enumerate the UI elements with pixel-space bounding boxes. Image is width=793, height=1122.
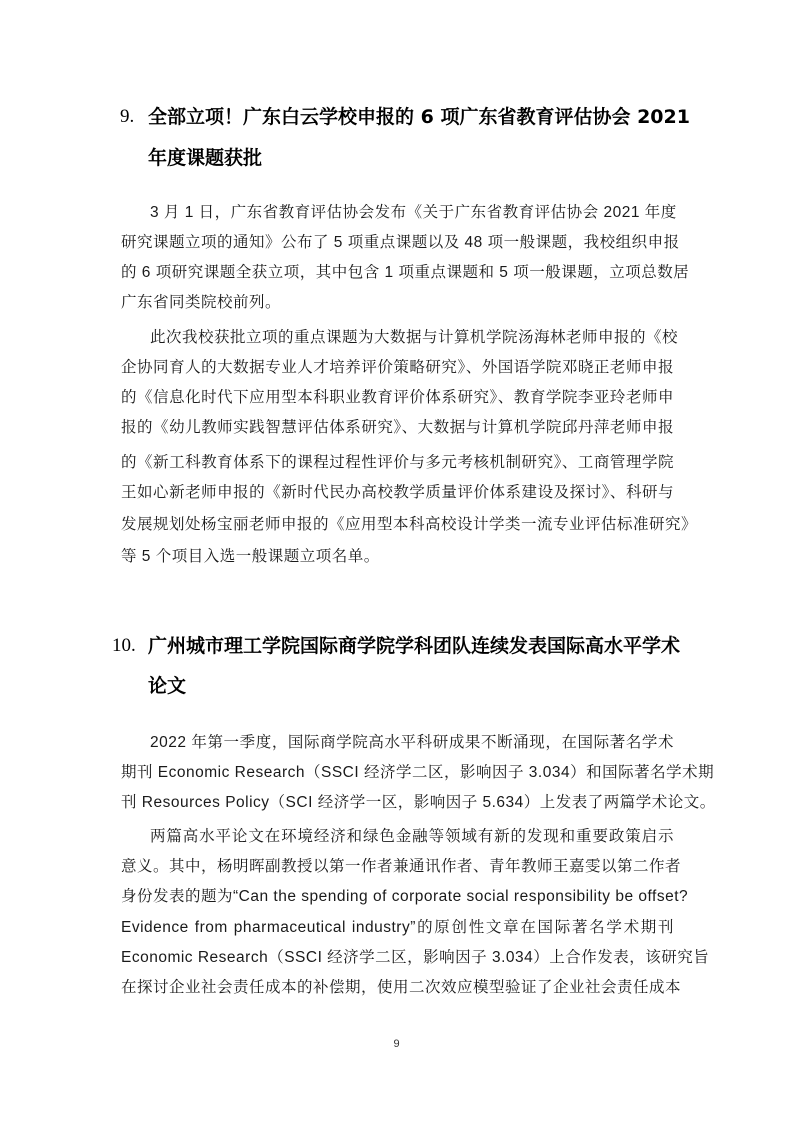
paragraph-line: 报的《幼儿教师实践智慧评估体系研究》、大数据与计算机学院邱丹萍老师申报	[121, 418, 674, 438]
paragraph-line: 的《信息化时代下应用型本科职业教育评价体系研究》、教育学院李亚玲老师申	[121, 388, 674, 408]
page-number: 9	[0, 1038, 793, 1050]
paragraph-line: 此次我校获批立项的重点课题为大数据与计算机学院汤海林老师申报的《校	[150, 328, 674, 348]
paragraph-line: Evidence from pharmaceutical industry”的原…	[121, 918, 674, 938]
paragraph-line: 在探讨企业社会责任成本的补偿期，使用二次效应模型验证了企业社会责任成本	[121, 978, 674, 998]
paragraph-line: Economic Research（SSCI 经济学二区，影响因子 3.034）…	[121, 948, 674, 968]
section-title-line: 广州城市理工学院国际商学院学科团队连续发表国际高水平学术	[148, 634, 680, 658]
document-page: 9. 全部立项！广东白云学校申报的 6 项广东省教育评估协会 2021 年度课题…	[0, 0, 793, 1122]
section-title-line: 论文	[148, 674, 186, 698]
paragraph-line: 的《新工科教育体系下的课程过程性评价与多元考核机制研究》、工商管理学院	[121, 453, 674, 473]
paragraph-line: 王如心新老师申报的《新时代民办高校教学质量评价体系建设及探讨》、科研与	[121, 483, 674, 503]
section-number: 10.	[112, 634, 136, 658]
section-title-line: 年度课题获批	[148, 146, 262, 170]
paragraph-line: 意义。其中，杨明晖副教授以第一作者兼通讯作者、青年教师王嘉雯以第二作者	[121, 857, 674, 877]
paragraph-line: 发展规划处杨宝丽老师申报的《应用型本科高校设计学类一流专业评估标准研究》	[121, 515, 674, 535]
paragraph-line: 期刊 Economic Research（SSCI 经济学二区，影响因子 3.0…	[121, 763, 674, 783]
section-number: 9.	[120, 105, 134, 129]
paragraph-line: 两篇高水平论文在环境经济和绿色金融等领域有新的发现和重要政策启示	[150, 827, 674, 847]
paragraph-line: 3 月 1 日，广东省教育评估协会发布《关于广东省教育评估协会 2021 年度	[150, 203, 674, 223]
paragraph-line: 研究课题立项的通知》公布了 5 项重点课题以及 48 项一般课题，我校组织申报	[121, 233, 674, 253]
paragraph-line: 刊 Resources Policy（SCI 经济学一区，影响因子 5.634）…	[121, 793, 674, 813]
paragraph-line: 企协同育人的大数据专业人才培养评价策略研究》、外国语学院邓晓正老师申报	[121, 358, 674, 378]
paragraph-line: 广东省同类院校前列。	[121, 293, 674, 313]
paragraph-line: 等 5 个项目入选一般课题立项名单。	[121, 547, 674, 567]
paragraph-line: 身份发表的题为“Can the spending of corporate so…	[121, 887, 674, 907]
section-title-line: 全部立项！广东白云学校申报的 6 项广东省教育评估协会 2021	[148, 105, 690, 129]
paragraph-line: 2022 年第一季度，国际商学院高水平科研成果不断涌现，在国际著名学术	[150, 733, 674, 753]
paragraph-line: 的 6 项研究课题全获立项，其中包含 1 项重点课题和 5 项一般课题，立项总数…	[121, 263, 674, 283]
